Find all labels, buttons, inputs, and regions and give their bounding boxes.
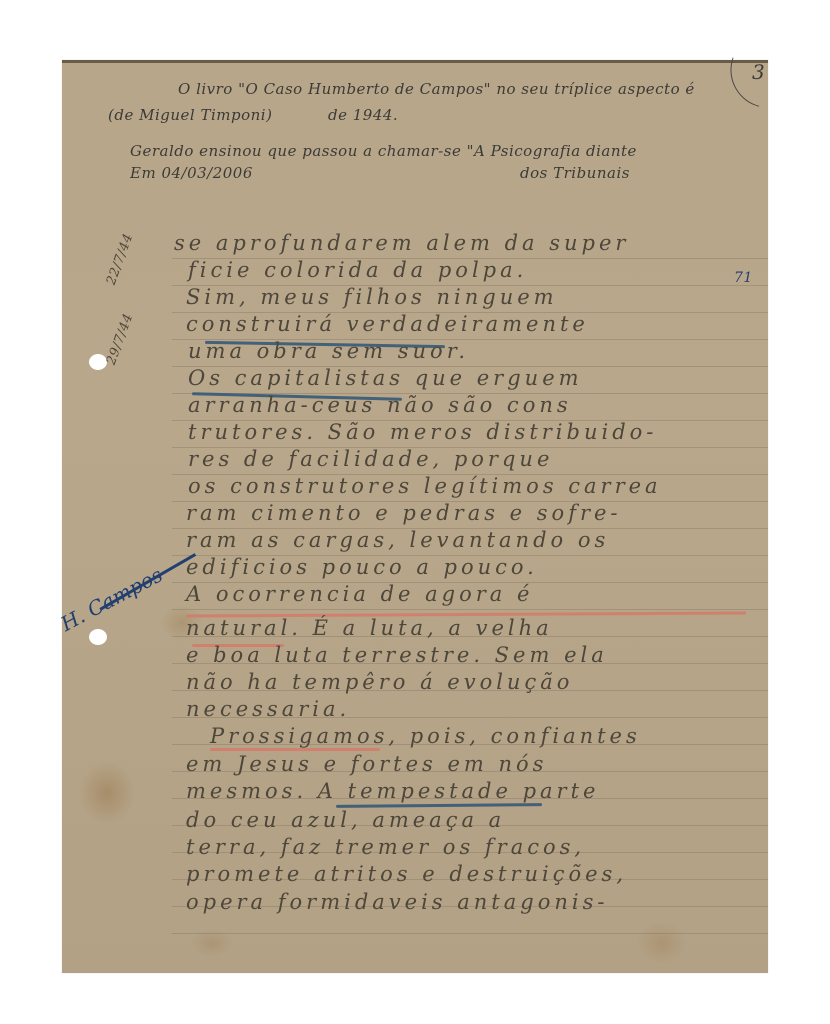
- rule-line: [172, 609, 768, 610]
- header-note-line4-right: dos Tribunais: [520, 164, 630, 182]
- body-line: natural. É a luta, a velha: [186, 616, 553, 640]
- body-line: não ha tempêro á evolução: [186, 670, 573, 694]
- header-note-line1: O livro "O Caso Humberto de Campos" no s…: [178, 80, 695, 98]
- body-line: res de facilidade, porque: [188, 447, 553, 471]
- highlight-prossigamos: [210, 748, 380, 751]
- body-line: A ocorrencia de agora é: [186, 582, 533, 606]
- body-line: necessaria.: [186, 697, 350, 721]
- header-note-line3: Geraldo ensinou que passou a chamar-se "…: [130, 142, 637, 160]
- body-line: uma obra sem suor.: [188, 339, 469, 363]
- punch-hole: [89, 629, 107, 645]
- body-line: mesmos. A tempestade parte: [186, 779, 599, 803]
- body-line: Prossigamos, pois, confiantes: [210, 724, 641, 748]
- body-line: terra, faz tremer os fracos,: [186, 835, 585, 859]
- body-line: ficie colorida da polpa.: [188, 258, 527, 282]
- body-line: e boa luta terrestre. Sem ela: [186, 643, 608, 667]
- margin-mark-71: 71: [734, 270, 753, 286]
- body-line: construirá verdadeiramente: [186, 312, 589, 336]
- body-line: ram cimento e pedras e sofre-: [186, 501, 622, 525]
- header-note-line2-left: (de Miguel Timponi): [108, 106, 272, 124]
- body-line: arranha-ceus não são cons: [188, 393, 572, 417]
- body-line: Os capitalistas que erguem: [188, 366, 583, 390]
- body-line: opera formidaveis antagonis-: [186, 890, 608, 914]
- body-line: ram as cargas, levantando os: [186, 528, 609, 552]
- body-line: promete atritos e destruições,: [186, 862, 627, 886]
- page-number: 3: [752, 60, 765, 84]
- body-line: edificios pouco a pouco.: [186, 555, 538, 579]
- body-line: do ceu azul, ameaça a: [186, 808, 505, 832]
- body-line: se aprofundarem alem da super: [174, 231, 629, 255]
- body-line: Sim, meus filhos ninguem: [186, 285, 558, 309]
- header-note-line2-right: de 1944.: [328, 106, 398, 124]
- body-line: trutores. São meros distribuido-: [188, 420, 657, 444]
- body-line: os construtores legítimos carrea: [188, 474, 662, 498]
- body-line: em Jesus e fortes em nós: [186, 752, 547, 776]
- header-note-line4-left: Em 04/03/2006: [130, 164, 253, 182]
- rule-line: [172, 933, 768, 934]
